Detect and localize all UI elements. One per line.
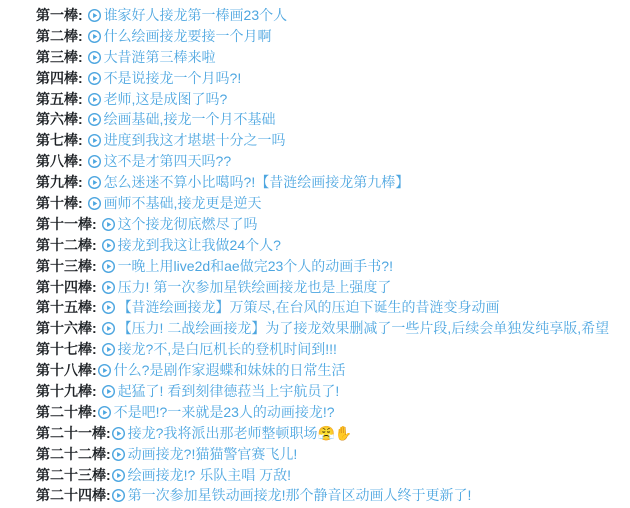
list-item: 第九棒: 怎么迷迷不算小比噶吗?!【昔涟绘画接龙第九棒】 — [36, 172, 630, 193]
video-link[interactable]: 这不是才第四天吗?? — [87, 151, 232, 172]
video-link-text: 这个接龙彻底燃尽了吗 — [118, 214, 258, 235]
list-item: 第二十三棒:绘画接龙!? 乐队主唱 万敌! — [36, 465, 630, 486]
baton-relay-list: 第一棒: 谁家好人接龙第一棒画23个人 第二棒: 什么绘画接龙要接一个月啊 第三… — [0, 0, 630, 506]
list-item: 第二十棒:不是吧!?一来就是23人的动画接龙!? — [36, 402, 630, 423]
list-item: 第四棒: 不是说接龙一个月吗?! — [36, 68, 630, 89]
video-link-text: 什么?是剧作家遐蝶和妹妹的日常生活 — [114, 360, 346, 381]
video-link[interactable]: 接龙?我将派出那老师整顿职场😤✋ — [111, 423, 353, 444]
play-circle-icon — [111, 468, 126, 483]
baton-label: 第十五棒: — [36, 297, 101, 318]
video-link-text: 谁家好人接龙第一棒画23个人 — [104, 5, 288, 26]
video-link-text: 什么绘画接龙要接一个月啊 — [104, 26, 272, 47]
video-link[interactable]: 绘画接龙!? 乐队主唱 万敌! — [111, 465, 291, 486]
play-circle-icon — [87, 133, 102, 148]
play-circle-icon — [111, 426, 126, 441]
video-link-text: 第一次参加星铁动画接龙!那个静音区动画人终于更新了! — [128, 485, 472, 506]
video-link[interactable]: 一晚上用live2d和ae做完23个人的动画手书?! — [101, 256, 393, 277]
play-circle-icon — [87, 112, 102, 127]
play-circle-icon — [87, 29, 102, 44]
video-link[interactable]: 怎么迷迷不算小比噶吗?!【昔涟绘画接龙第九棒】 — [87, 172, 410, 193]
list-item: 第一棒: 谁家好人接龙第一棒画23个人 — [36, 5, 630, 26]
play-circle-icon — [87, 50, 102, 65]
video-link-text: 【压力! 二战绘画接龙】为了接龙效果删减了一些片段,后续会单独发纯享版,希望 — [118, 318, 610, 339]
video-link[interactable]: 绘画基础,接龙一个月不基础 — [87, 109, 276, 130]
play-circle-icon — [87, 175, 102, 190]
list-item: 第三棒: 大昔涟第三棒来啦 — [36, 47, 630, 68]
video-link[interactable]: 【昔涟绘画接龙】万策尽,在台风的压迫下诞生的昔涟变身动画 — [101, 297, 500, 318]
list-item: 第六棒: 绘画基础,接龙一个月不基础 — [36, 109, 630, 130]
video-link[interactable]: 这个接龙彻底燃尽了吗 — [101, 214, 258, 235]
baton-label: 第十一棒: — [36, 214, 101, 235]
baton-label: 第十六棒: — [36, 318, 101, 339]
video-link-text: 动画接龙?!猫猫警官赛飞儿! — [128, 444, 298, 465]
baton-label: 第四棒: — [36, 68, 87, 89]
play-circle-icon — [101, 280, 116, 295]
baton-label: 第一棒: — [36, 5, 87, 26]
video-link[interactable]: 进度到我这才堪堪十分之一吗 — [87, 130, 286, 151]
list-item: 第十一棒: 这个接龙彻底燃尽了吗 — [36, 214, 630, 235]
baton-label: 第十二棒: — [36, 235, 101, 256]
list-item: 第八棒: 这不是才第四天吗?? — [36, 151, 630, 172]
list-item: 第二棒: 什么绘画接龙要接一个月啊 — [36, 26, 630, 47]
list-item: 第二十二棒:动画接龙?!猫猫警官赛飞儿! — [36, 444, 630, 465]
video-link-text: 一晚上用live2d和ae做完23个人的动画手书?! — [118, 256, 393, 277]
play-circle-icon — [87, 92, 102, 107]
play-circle-icon — [87, 71, 102, 86]
play-circle-icon — [97, 363, 112, 378]
video-link[interactable]: 压力! 第一次参加星铁绘画接龙也是上强度了 — [101, 277, 392, 298]
list-item: 第十八棒:什么?是剧作家遐蝶和妹妹的日常生活 — [36, 360, 630, 381]
baton-label: 第十九棒: — [36, 381, 101, 402]
baton-label: 第二十三棒: — [36, 465, 111, 486]
baton-label: 第五棒: — [36, 89, 87, 110]
video-link[interactable]: 老师,这是成图了吗? — [87, 89, 228, 110]
video-link-text: 画师不基础,接龙更是逆天 — [104, 193, 262, 214]
list-item: 第十棒: 画师不基础,接龙更是逆天 — [36, 193, 630, 214]
video-link-text: 这不是才第四天吗?? — [104, 151, 232, 172]
video-link-text: 不是说接龙一个月吗?! — [104, 68, 242, 89]
list-item: 第十七棒: 接龙?不,是白厄机长的登机时间到!!! — [36, 339, 630, 360]
video-link[interactable]: 接龙到我这让我做24个人? — [101, 235, 281, 256]
baton-label: 第二十二棒: — [36, 444, 111, 465]
video-link-text: 怎么迷迷不算小比噶吗?!【昔涟绘画接龙第九棒】 — [104, 172, 410, 193]
video-link[interactable]: 什么绘画接龙要接一个月啊 — [87, 26, 272, 47]
video-link-text: 压力! 第一次参加星铁绘画接龙也是上强度了 — [118, 277, 392, 298]
play-circle-icon — [111, 447, 126, 462]
video-link[interactable]: 第一次参加星铁动画接龙!那个静音区动画人终于更新了! — [111, 485, 472, 506]
baton-label: 第十七棒: — [36, 339, 101, 360]
play-circle-icon — [101, 238, 116, 253]
baton-label: 第九棒: — [36, 172, 87, 193]
video-link-text: 绘画基础,接龙一个月不基础 — [104, 109, 276, 130]
play-circle-icon — [87, 8, 102, 23]
list-item: 第二十一棒:接龙?我将派出那老师整顿职场😤✋ — [36, 423, 630, 444]
play-circle-icon — [101, 384, 116, 399]
video-link[interactable]: 接龙?不,是白厄机长的登机时间到!!! — [101, 339, 337, 360]
video-link[interactable]: 【压力! 二战绘画接龙】为了接龙效果删减了一些片段,后续会单独发纯享版,希望 — [101, 318, 610, 339]
baton-label: 第十三棒: — [36, 256, 101, 277]
play-circle-icon — [87, 196, 102, 211]
video-link-text: 进度到我这才堪堪十分之一吗 — [104, 130, 286, 151]
list-item: 第五棒: 老师,这是成图了吗? — [36, 89, 630, 110]
video-link[interactable]: 大昔涟第三棒来啦 — [87, 47, 216, 68]
baton-label: 第二十一棒: — [36, 423, 111, 444]
video-link-text: 【昔涟绘画接龙】万策尽,在台风的压迫下诞生的昔涟变身动画 — [118, 297, 500, 318]
baton-label: 第十八棒: — [36, 360, 97, 381]
baton-label: 第十棒: — [36, 193, 87, 214]
video-link[interactable]: 什么?是剧作家遐蝶和妹妹的日常生活 — [97, 360, 346, 381]
video-link[interactable]: 不是吧!?一来就是23人的动画接龙!? — [97, 402, 335, 423]
video-link-text: 不是吧!?一来就是23人的动画接龙!? — [114, 402, 335, 423]
baton-label: 第十四棒: — [36, 277, 101, 298]
video-link-text: 老师,这是成图了吗? — [104, 89, 228, 110]
play-circle-icon — [101, 217, 116, 232]
play-circle-icon — [101, 300, 116, 315]
list-item: 第十二棒: 接龙到我这让我做24个人? — [36, 235, 630, 256]
video-link[interactable]: 谁家好人接龙第一棒画23个人 — [87, 5, 288, 26]
play-circle-icon — [111, 488, 126, 503]
play-circle-icon — [87, 154, 102, 169]
video-link[interactable]: 起猛了! 看到刻律德菈当上宇航员了! — [101, 381, 340, 402]
video-link-text: 接龙?我将派出那老师整顿职场😤✋ — [128, 423, 353, 444]
list-item: 第十三棒: 一晚上用live2d和ae做完23个人的动画手书?! — [36, 256, 630, 277]
baton-label: 第二棒: — [36, 26, 87, 47]
video-link-text: 大昔涟第三棒来啦 — [104, 47, 216, 68]
list-item: 第十四棒: 压力! 第一次参加星铁绘画接龙也是上强度了 — [36, 277, 630, 298]
list-item: 第十五棒: 【昔涟绘画接龙】万策尽,在台风的压迫下诞生的昔涟变身动画 — [36, 297, 630, 318]
list-item: 第十九棒: 起猛了! 看到刻律德菈当上宇航员了! — [36, 381, 630, 402]
play-circle-icon — [101, 321, 116, 336]
play-circle-icon — [97, 405, 112, 420]
video-link[interactable]: 动画接龙?!猫猫警官赛飞儿! — [111, 444, 298, 465]
play-circle-icon — [101, 259, 116, 274]
baton-label: 第八棒: — [36, 151, 87, 172]
video-link-text: 绘画接龙!? 乐队主唱 万敌! — [128, 465, 291, 486]
list-item: 第二十四棒:第一次参加星铁动画接龙!那个静音区动画人终于更新了! — [36, 485, 630, 506]
baton-label: 第二十棒: — [36, 402, 97, 423]
baton-label: 第三棒: — [36, 47, 87, 68]
video-link-text: 接龙到我这让我做24个人? — [118, 235, 281, 256]
baton-label: 第六棒: — [36, 109, 87, 130]
baton-label: 第二十四棒: — [36, 485, 111, 506]
baton-label: 第七棒: — [36, 130, 87, 151]
list-item: 第十六棒: 【压力! 二战绘画接龙】为了接龙效果删减了一些片段,后续会单独发纯享… — [36, 318, 630, 339]
video-link[interactable]: 画师不基础,接龙更是逆天 — [87, 193, 262, 214]
video-link-text: 起猛了! 看到刻律德菈当上宇航员了! — [118, 381, 340, 402]
video-link[interactable]: 不是说接龙一个月吗?! — [87, 68, 242, 89]
play-circle-icon — [101, 342, 116, 357]
video-link-text: 接龙?不,是白厄机长的登机时间到!!! — [118, 339, 337, 360]
list-item: 第七棒: 进度到我这才堪堪十分之一吗 — [36, 130, 630, 151]
